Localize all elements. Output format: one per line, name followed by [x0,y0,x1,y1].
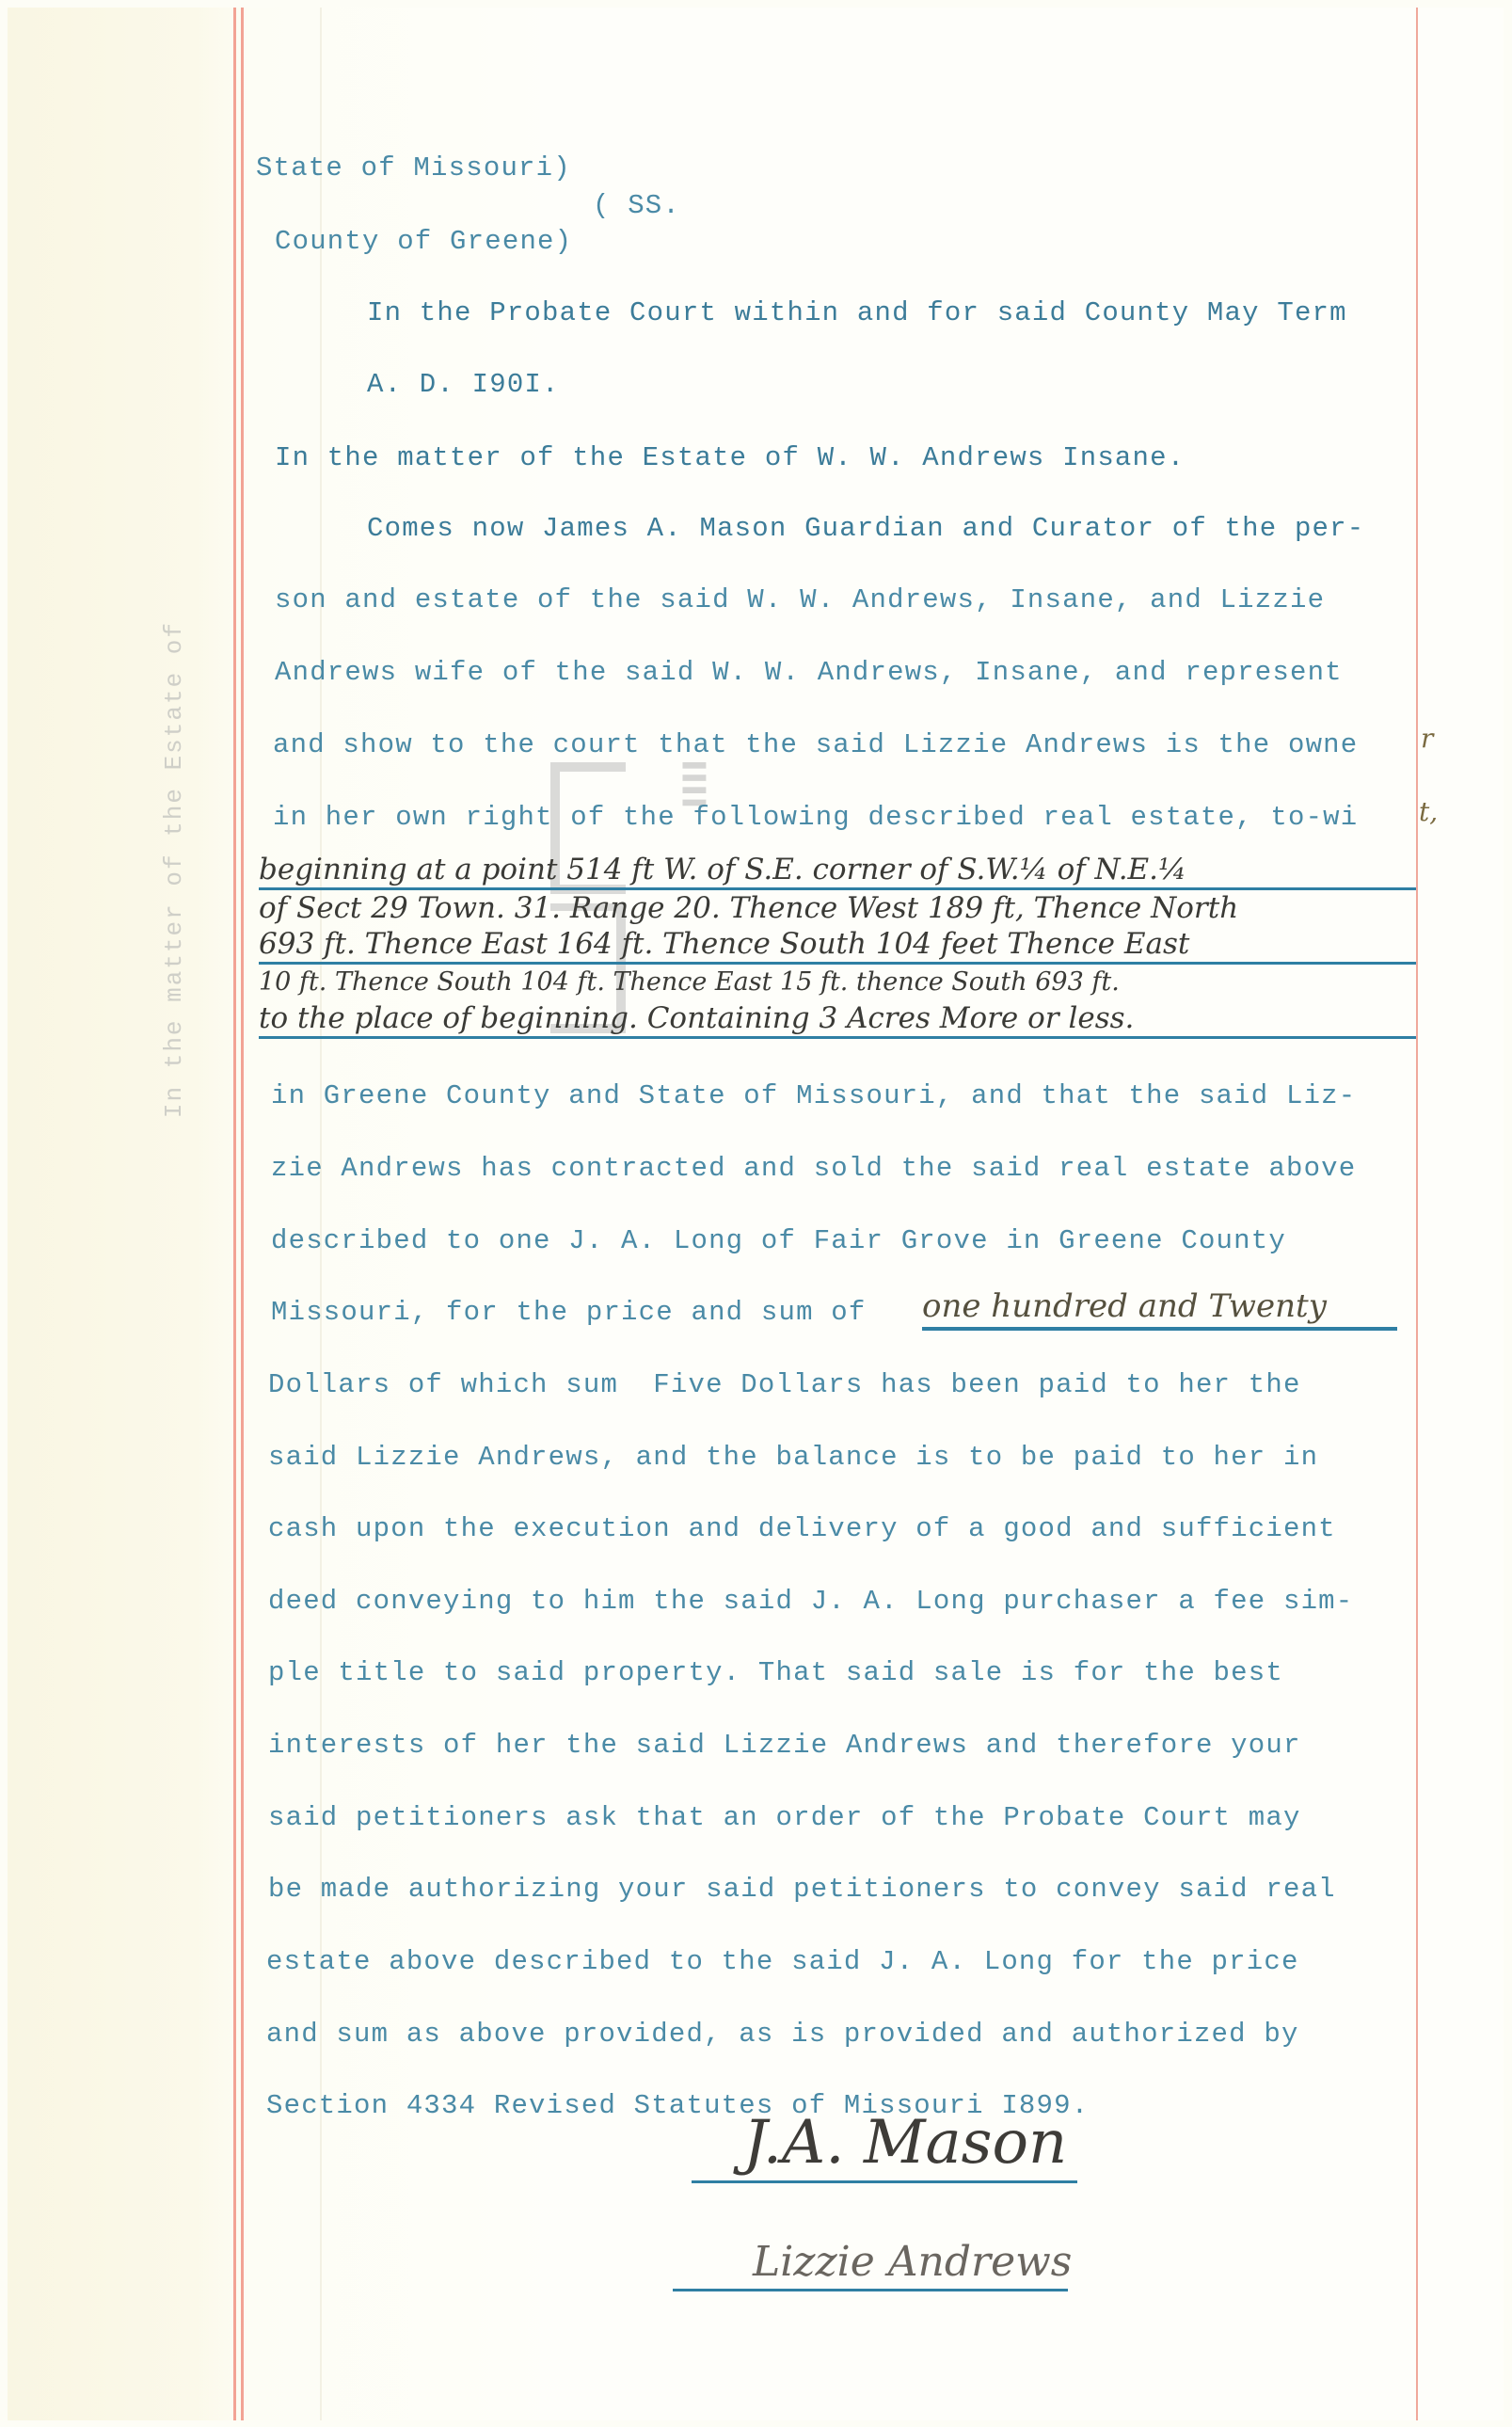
legal-description: beginning at a point 514 ft W. of S.E. c… [259,852,1416,1039]
body2-line-1: in Greene County and State of Missouri, … [271,1080,1356,1111]
signature-line-andrews [673,2289,1068,2291]
body3-line-6: interests of her the said Lizzie Andrews… [268,1730,1301,1761]
body3-line-2: said Lizzie Andrews, and the balance is … [268,1442,1318,1473]
body3-line-8: be made authorizing your said petitioner… [268,1874,1336,1905]
legal-line-2: of Sect 29 Town. 31. Range 20. Thence We… [259,890,1416,926]
body2-line-2: zie Andrews has contracted and sold the … [271,1153,1356,1184]
handwritten-correction-owner: r [1421,723,1433,754]
caption-ss: ( SS. [593,190,680,221]
signature-line-mason [692,2180,1077,2183]
body3-line-9: estate above described to the said J. A.… [266,1946,1299,1977]
fold-line [320,8,322,2420]
bleed-through-text: In the matter of the Estate of [160,621,188,1118]
price-handwritten: one hundred and Twenty [922,1287,1397,1331]
body-line-5: in her own right of the following descri… [273,802,1358,833]
legal-line-4: 10 ft. Thence South 104 ft. Thence East … [259,965,1416,1000]
caption-county: County of Greene) [275,226,572,257]
body3-line-7: said petitioners ask that an order of th… [268,1802,1301,1833]
legal-line-3: 693 ft. Thence East 164 ft. Thence South… [259,926,1416,965]
right-margin-rule [1416,8,1418,2420]
date-line: A. D. I90I. [367,369,560,400]
caption-state: State of Missouri) [256,152,571,184]
body3-line-10: and sum as above provided, as is provide… [266,2019,1299,2050]
body-line-2: son and estate of the said W. W. Andrews… [275,584,1325,615]
price-line-prefix: Missouri, for the price and sum of [271,1297,867,1328]
legal-line-1: beginning at a point 514 ft W. of S.E. c… [259,852,1416,890]
signature-mason: J.A. Mason [743,2108,1067,2178]
body3-line-1: Dollars of which sum Five Dollars has be… [268,1369,1301,1400]
matter-line: In the matter of the Estate of W. W. And… [275,442,1185,473]
body-line-3: Andrews wife of the said W. W. Andrews, … [275,657,1343,688]
left-margin-rule-inner [241,8,244,2420]
handwritten-correction-towit: t, [1419,796,1438,827]
signature-andrews: Lizzie Andrews [753,2238,1072,2286]
court-line: In the Probate Court within and for said… [367,297,1347,328]
legal-line-5: to the place of beginning. Containing 3 … [259,1000,1416,1039]
body3-line-3: cash upon the execution and delivery of … [268,1513,1336,1544]
body-line-4: and show to the court that the said Lizz… [273,729,1358,760]
body3-line-4: deed conveying to him the said J. A. Lon… [268,1586,1353,1617]
body3-line-5: ple title to said property. That said sa… [268,1657,1283,1688]
document-page [8,8,1504,2420]
body2-line-3: described to one J. A. Long of Fair Grov… [271,1225,1286,1256]
body-line-1: Comes now James A. Mason Guardian and Cu… [367,513,1364,544]
left-margin-rule-outer [233,8,236,2420]
